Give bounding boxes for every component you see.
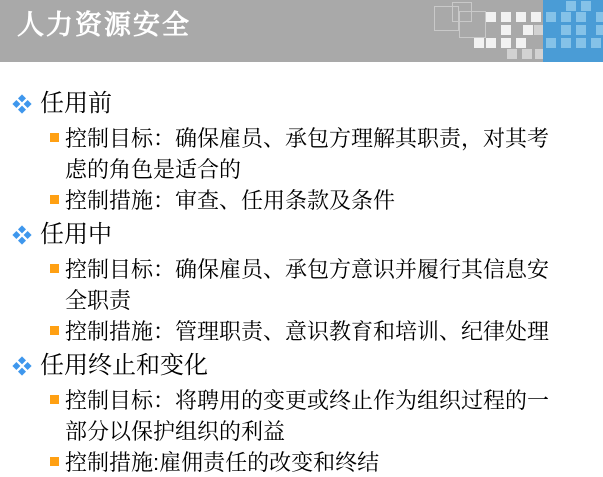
mosaic-square bbox=[576, 38, 586, 48]
section-title: 任用中 bbox=[40, 219, 112, 251]
square-bullet-icon bbox=[50, 457, 59, 466]
mosaic-square bbox=[535, 49, 543, 59]
bullet-item: 控制目标：确保雇员、承包方意识并履行其信息安全职责 bbox=[50, 254, 603, 316]
square-bullet-icon bbox=[50, 264, 59, 273]
square-bullet-icon bbox=[50, 395, 59, 404]
bullet-text: 控制措施：管理职责、意识教育和培训、纪律处理 bbox=[65, 316, 563, 347]
mosaic-square bbox=[561, 12, 571, 22]
section-title: 任用前 bbox=[40, 88, 112, 120]
square-bullet-icon bbox=[50, 195, 59, 204]
bullet-item: 控制目标：确保雇员、承包方理解其职责，对其考虑的角色是适合的 bbox=[50, 123, 603, 185]
mosaic-square bbox=[561, 25, 571, 35]
diamond-cluster-bullet-icon bbox=[12, 94, 32, 114]
mosaic-square bbox=[501, 12, 511, 22]
section-heading: 任用终止和变化 bbox=[12, 350, 603, 382]
section-title: 任用终止和变化 bbox=[40, 350, 208, 382]
mosaic-square bbox=[596, 25, 603, 35]
square-bullet-icon bbox=[50, 133, 59, 142]
page-title: 人力资源安全 bbox=[17, 8, 191, 42]
mosaic-square bbox=[474, 38, 484, 48]
mosaic-square bbox=[534, 25, 543, 35]
bullet-item: 控制措施:雇佣责任的改变和终结 bbox=[50, 447, 603, 477]
mosaic-square bbox=[501, 25, 511, 35]
bullet-text: 控制措施：审查、任用条款及条件 bbox=[65, 185, 563, 216]
mosaic-square bbox=[523, 25, 533, 35]
mosaic-square bbox=[561, 38, 571, 48]
diamond-cluster-bullet-icon bbox=[12, 225, 32, 245]
slide-body: 任用前 控制目标：确保雇员、承包方理解其职责，对其考虑的角色是适合的 控制措施：… bbox=[0, 62, 603, 477]
bullet-text: 控制措施:雇佣责任的改变和终结 bbox=[65, 447, 563, 477]
bullet-text: 控制目标：将聘用的变更或终止作为组织过程的一部分以保护组织的利益 bbox=[65, 385, 563, 447]
bullet-item: 控制目标：将聘用的变更或终止作为组织过程的一部分以保护组织的利益 bbox=[50, 385, 603, 447]
mosaic-square bbox=[486, 12, 496, 22]
mosaic-square bbox=[546, 12, 556, 22]
mosaic-square bbox=[596, 12, 603, 22]
mosaic-square bbox=[516, 38, 526, 48]
bullet-item: 控制措施：审查、任用条款及条件 bbox=[50, 185, 603, 216]
mosaic-square bbox=[501, 38, 511, 48]
square-bullet-icon bbox=[50, 326, 59, 335]
mosaic-square bbox=[486, 38, 496, 48]
mosaic-square bbox=[591, 38, 601, 48]
diamond-cluster-bullet-icon bbox=[12, 356, 32, 376]
slide: 人力资源安全 bbox=[0, 0, 603, 477]
mosaic-square bbox=[507, 49, 517, 59]
mosaic-square bbox=[576, 12, 586, 22]
section-heading: 任用中 bbox=[12, 219, 603, 251]
mosaic-square bbox=[531, 12, 541, 22]
mosaic-square bbox=[546, 38, 556, 48]
mosaic-square bbox=[566, 1, 576, 11]
bullet-item: 控制措施：管理职责、意识教育和培训、纪律处理 bbox=[50, 316, 603, 347]
mosaic-square bbox=[581, 1, 591, 11]
title-bar: 人力资源安全 bbox=[0, 0, 603, 62]
section-heading: 任用前 bbox=[12, 88, 603, 120]
outline-square-decoration bbox=[459, 11, 486, 38]
mosaic-square bbox=[516, 12, 526, 22]
bullet-text: 控制目标：确保雇员、承包方意识并履行其信息安全职责 bbox=[65, 254, 563, 316]
mosaic-square bbox=[576, 25, 586, 35]
bullet-text: 控制目标：确保雇员、承包方理解其职责，对其考虑的角色是适合的 bbox=[65, 123, 563, 185]
mosaic-square bbox=[522, 49, 532, 59]
